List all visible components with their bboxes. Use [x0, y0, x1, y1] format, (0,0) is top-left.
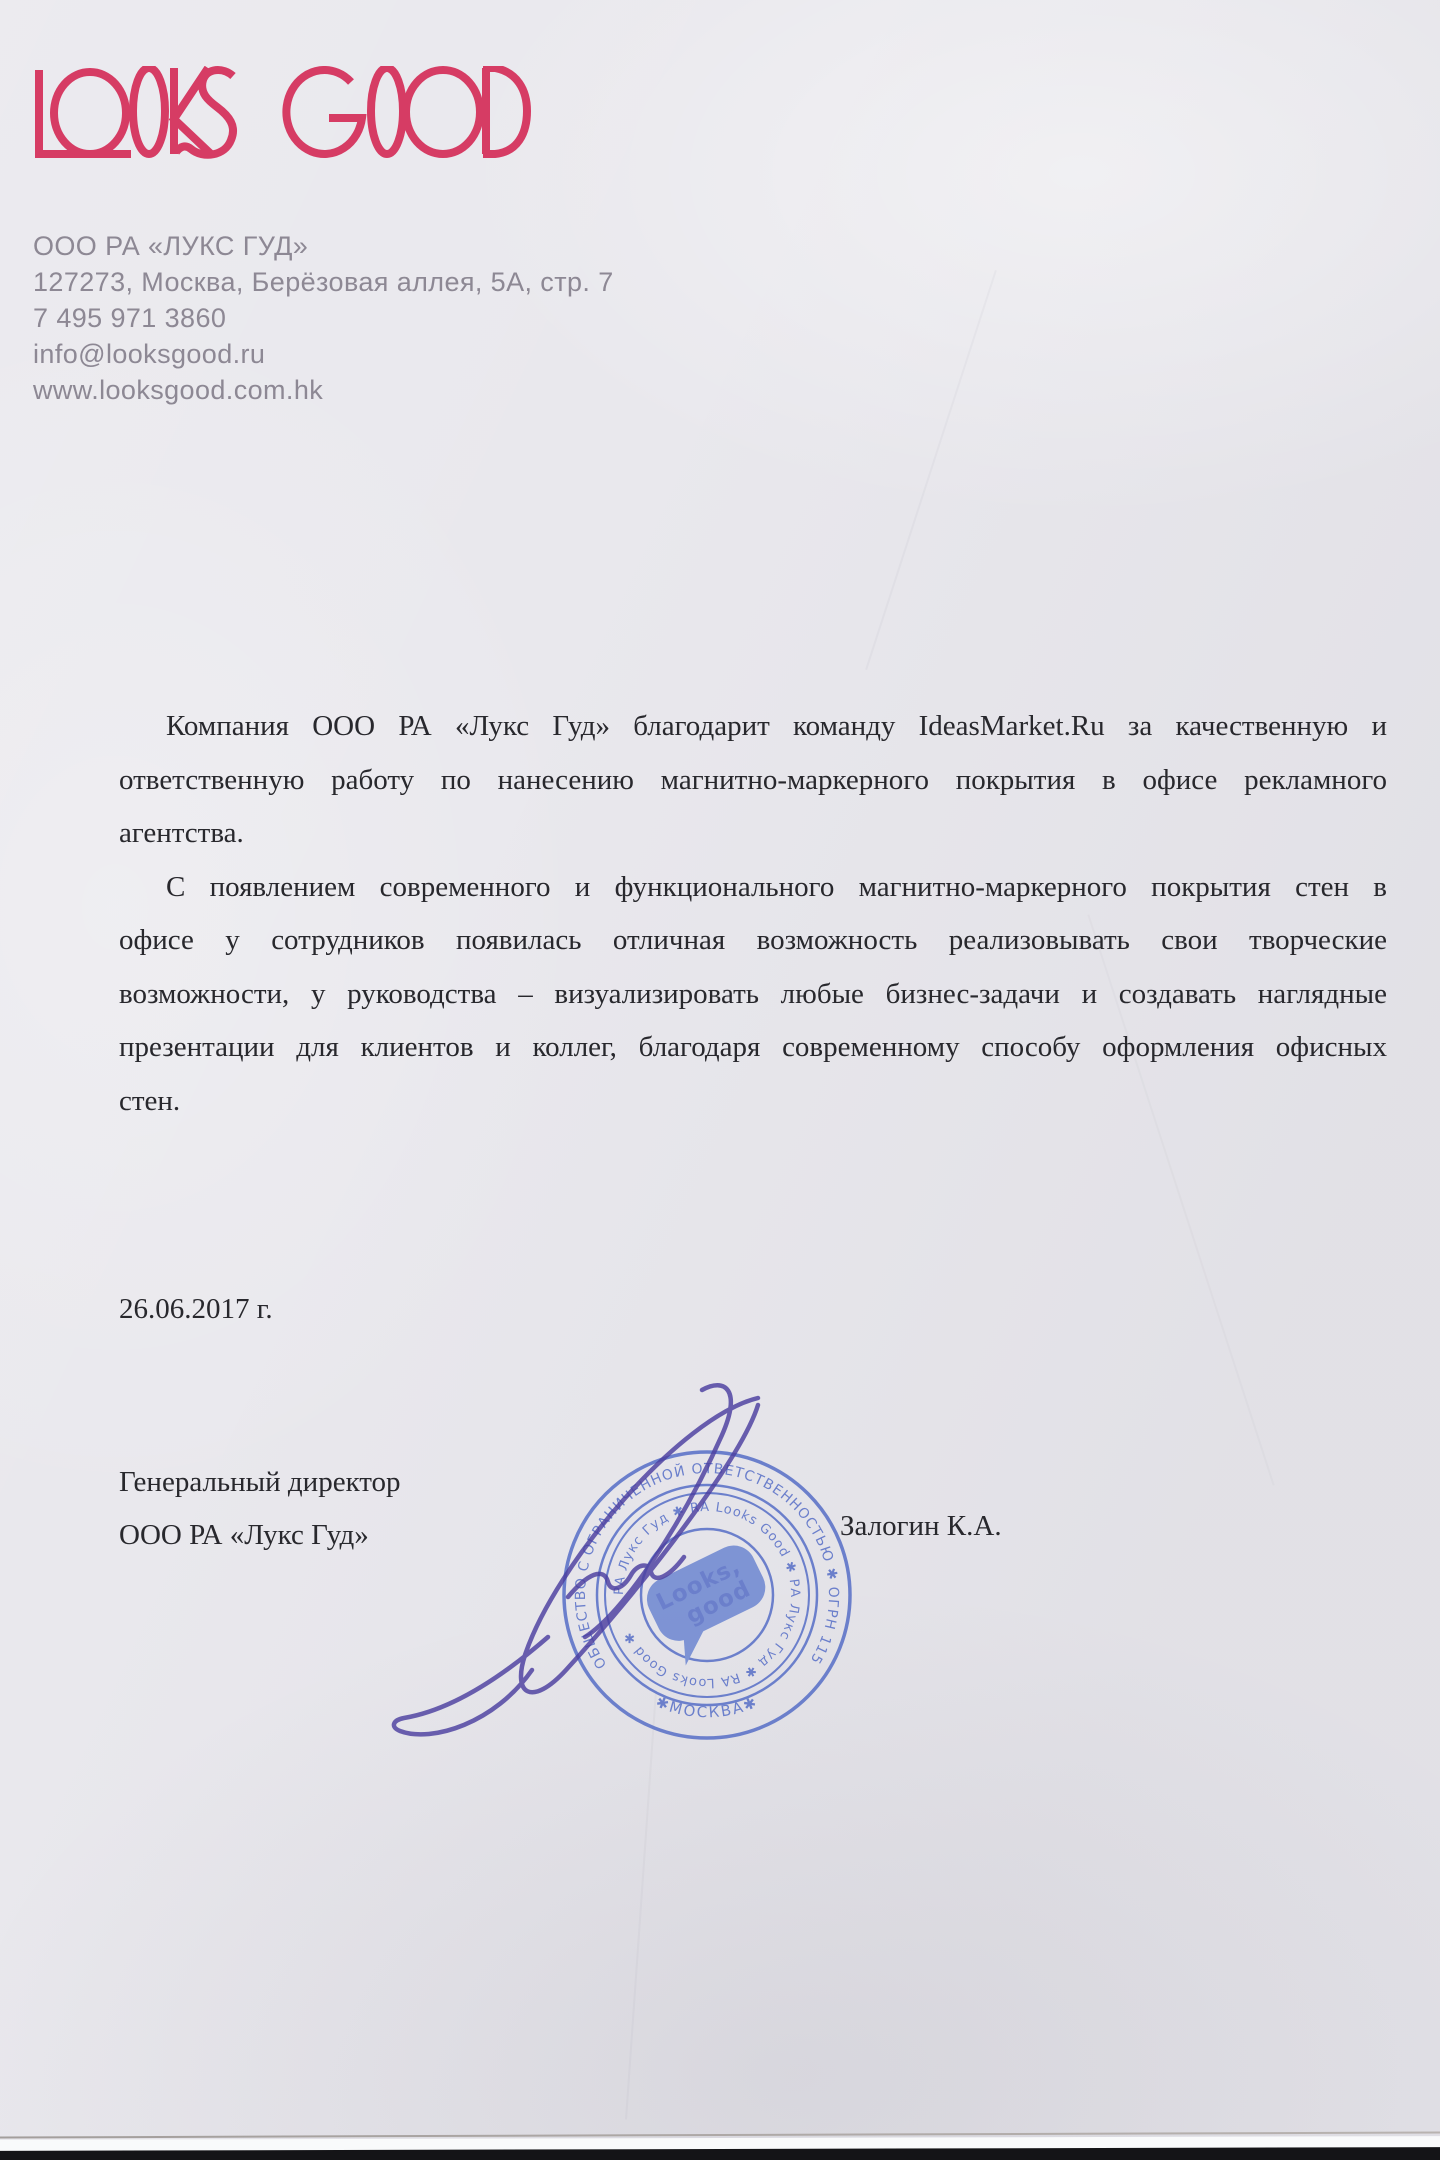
looks-good-logo: [33, 66, 533, 162]
signer-position-block: Генеральный директор ООО РА «Лукс Гуд»: [119, 1456, 401, 1562]
body-line: возможности, у руководства – визуализиро…: [119, 968, 1387, 1022]
signer-position-line2: ООО РА «Лукс Гуд»: [119, 1509, 401, 1562]
company-name: ООО РА «ЛУКС ГУД»: [33, 228, 614, 264]
letter-date: 26.06.2017 г.: [119, 1293, 273, 1326]
signer-position-line1: Генеральный директор: [119, 1456, 401, 1509]
body-line: агентства.: [119, 807, 1387, 861]
paper-crease: [865, 270, 997, 670]
body-line: офисе у сотрудников появилась отличная в…: [119, 914, 1387, 968]
email-line: info@looksgood.ru: [33, 336, 614, 372]
scanned-letter-page: ООО РА «ЛУКС ГУД» 127273, Москва, Берёзо…: [0, 0, 1440, 2160]
letter-body: Компания ООО РА «Лукс Гуд» благодарит ко…: [119, 700, 1387, 1128]
letterhead-contact-block: ООО РА «ЛУКС ГУД» 127273, Москва, Берёзо…: [33, 228, 614, 408]
body-line: ответственную работу по нанесению магнит…: [119, 754, 1387, 808]
body-line: презентации для клиентов и коллег, благо…: [119, 1021, 1387, 1075]
body-line: Компания ООО РА «Лукс Гуд» благодарит ко…: [119, 700, 1387, 754]
handwritten-signature: [380, 1365, 800, 1750]
body-line: стен.: [119, 1075, 1387, 1129]
website-line: www.looksgood.com.hk: [33, 372, 614, 408]
phone-line: 7 495 971 3860: [33, 300, 614, 336]
address-line: 127273, Москва, Берёзовая аллея, 5А, стр…: [33, 264, 614, 300]
body-line: С появлением современного и функциональн…: [119, 861, 1387, 915]
